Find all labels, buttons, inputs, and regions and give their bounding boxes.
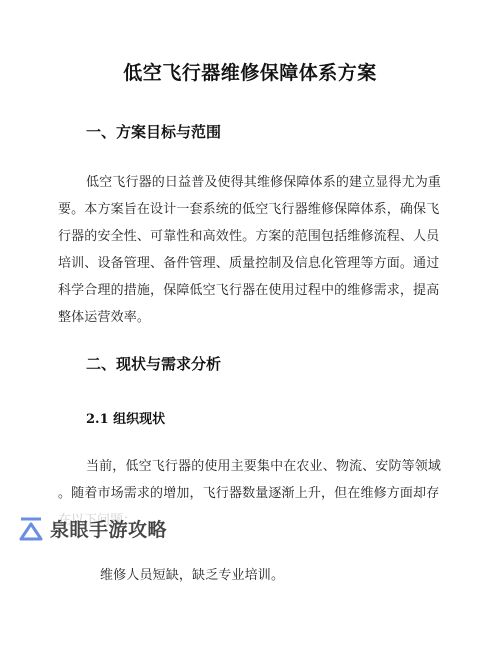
list-item-text: 维修人员短缺，缺乏专业培训。 bbox=[100, 562, 485, 589]
subsection-2-1-paragraph: 当前，低空飞行器的使用主要集中在农业、物流、安防等领域 。随着市场需求的增加，飞… bbox=[58, 453, 443, 507]
paragraph-line: 培训、设备管理、备件管理、质量控制及信息化管理等方面。通过 bbox=[58, 250, 443, 277]
section-heading-2: 二、现状与需求分析 bbox=[86, 353, 221, 374]
paragraph-line: 科学合理的措施，保障低空飞行器在使用过程中的维修需求，提高 bbox=[58, 277, 443, 304]
paragraph-line: 要。本方案旨在设计一套系统的低空飞行器维修保障体系，确保飞 bbox=[58, 196, 443, 223]
paragraph-line: 行器的安全性、可靠性和高效性。方案的范围包括维修流程、人员 bbox=[58, 223, 443, 250]
section-1-paragraph: 低空飞行器的日益普及使得其维修保障体系的建立显得尤为重 要。本方案旨在设计一套系… bbox=[58, 169, 443, 331]
paragraph-line: 当前，低空飞行器的使用主要集中在农业、物流、安防等领域 bbox=[58, 453, 443, 480]
document-page: 低空飞行器维修保障体系方案 一、方案目标与范围 低空飞行器的日益普及使得其维修保… bbox=[0, 0, 500, 647]
paragraph-line: 整体运营效率。 bbox=[58, 304, 443, 331]
watermark-text: 泉眼手游攻略 bbox=[50, 515, 167, 542]
paragraph-line: 。随着市场需求的增加，飞行器数量逐渐上升，但在维修方面却存 bbox=[58, 480, 443, 507]
list-item: 维修人员短缺，缺乏专业培训。 bbox=[100, 562, 485, 589]
paragraph-line: 低空飞行器的日益普及使得其维修保障体系的建立显得尤为重 bbox=[58, 169, 443, 196]
document-title: 低空飞行器维修保障体系方案 bbox=[0, 58, 500, 85]
subsection-heading-2-1: 2.1 组织现状 bbox=[86, 408, 165, 427]
watermark: 泉眼手游攻略 bbox=[18, 515, 167, 542]
triangle-logo-icon bbox=[18, 516, 44, 542]
section-heading-1: 一、方案目标与范围 bbox=[86, 121, 221, 142]
